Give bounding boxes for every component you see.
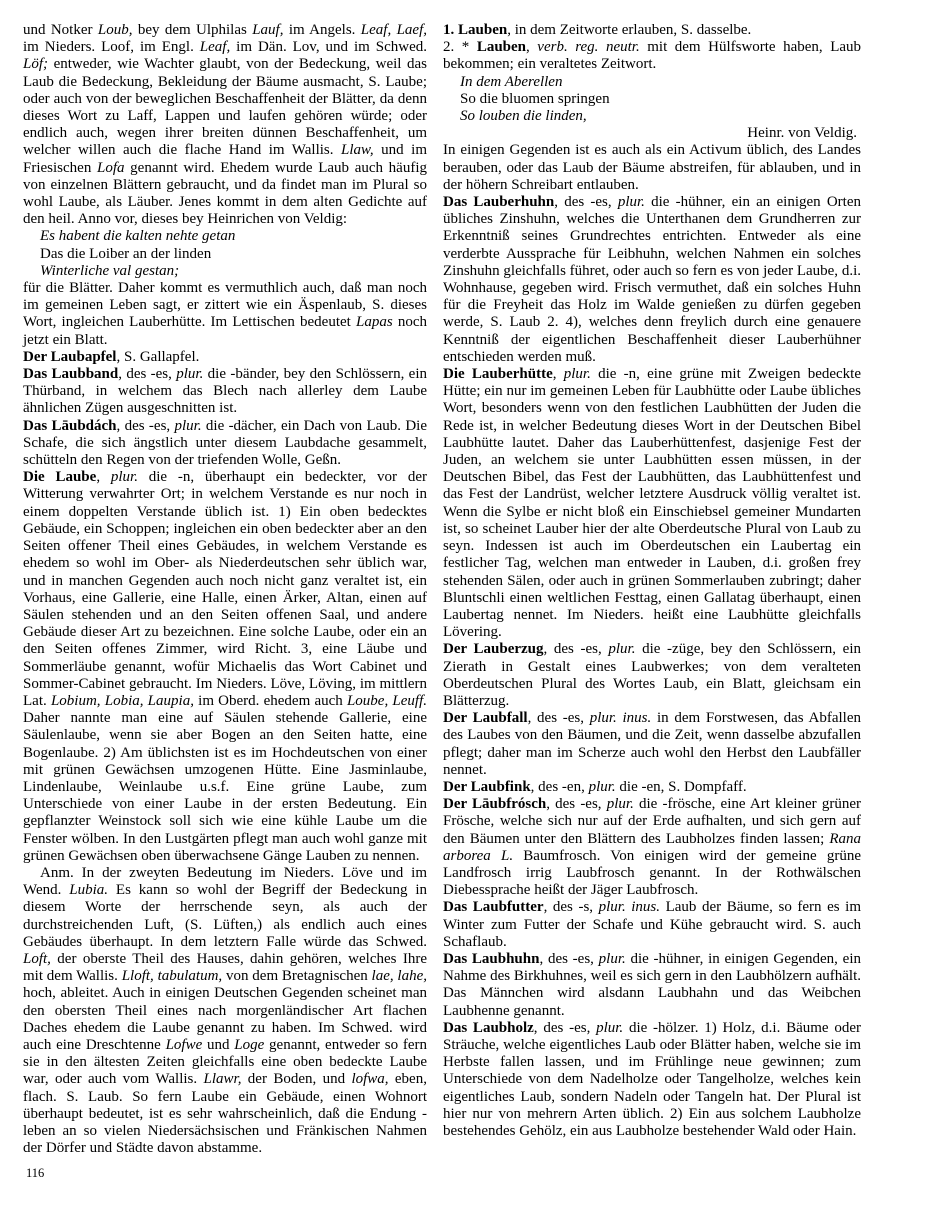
text-run: bey dem Ulphilas [132, 22, 252, 38]
italic-text: plur. [596, 1020, 623, 1036]
headword: Der Laubapfel [23, 349, 116, 365]
text-run: von dem Bretagnischen [222, 968, 371, 984]
italic-text: plur. inus. [599, 899, 660, 915]
text-run: , des -es, [546, 796, 607, 812]
text-run: , des -es, [554, 194, 618, 210]
page-number: 116 [26, 1166, 44, 1180]
text-run: , des -es, [534, 1020, 596, 1036]
text-run: 2. * [443, 39, 477, 55]
text-run: , des -es, [544, 641, 609, 657]
entry-lauberhuette: Die Lauberhütte, plur. die -n, eine grün… [443, 366, 861, 641]
entry-laubdach: Das Lāubdách, des -es, plur. die -dächer… [23, 418, 427, 470]
text-run: die -en, S. Dompfaff. [616, 779, 747, 795]
text-run: , in dem Zeitworte erlauben, S. dasselbe… [507, 22, 751, 38]
entry-lauberhuhn: Das Lauberhuhn, des -es, plur. die -hühn… [443, 194, 861, 366]
verse-attribution: Heinr. von Veldig. [443, 125, 861, 142]
entry-laube: Die Laube, plur. die -n, überhaupt ein b… [23, 469, 427, 865]
text-run: und [202, 1037, 234, 1053]
italic-text: In dem Aberellen [460, 74, 562, 90]
text-run: , [526, 39, 537, 55]
italic-text: Leaf, Laef, [361, 22, 427, 38]
paragraph-anmerkung: Anm. In der zweyten Bedeutung im Nieders… [23, 865, 427, 1157]
text-run: , des -es, [117, 418, 175, 434]
text-run: Heinr. von Veldig. [747, 125, 857, 141]
text-run: , des -s, [544, 899, 599, 915]
headword: Der Lāubfrósch [443, 796, 546, 812]
text-run: im Dän. Lov, und im Schwed. [230, 39, 427, 55]
headword: Das Laubband [23, 366, 118, 382]
italic-text: plur. [599, 951, 626, 967]
paragraph-laub-etymology: und Notker Loub, bey dem Ulphilas Lauf, … [23, 22, 427, 228]
headword: Der Laubfall [443, 710, 528, 726]
verse-line: Winterliche val gestan; [23, 263, 427, 280]
italic-text: plur. inus. [590, 710, 652, 726]
italic-text: Leaf, [200, 39, 230, 55]
italic-text: plur. [618, 194, 645, 210]
italic-text: Loube, Leuff. [347, 693, 427, 709]
headword: Der Laubfink [443, 779, 531, 795]
italic-text: plur. [589, 779, 616, 795]
entry-lauben-2: 2. * Lauben, verb. reg. neutr. mit dem H… [443, 39, 861, 73]
entry-laubfrosch: Der Lāubfrósch, des -es, plur. die -frös… [443, 796, 861, 899]
italic-text: Loub, [98, 22, 133, 38]
paragraph-activum: In einigen Gegenden ist es auch als ein … [443, 142, 861, 194]
italic-text: Loft, [23, 951, 51, 967]
italic-text: Loge [234, 1037, 264, 1053]
verse-line: Es habent die kalten nehte getan [23, 228, 427, 245]
text-run: die -hühner, ein an einigen Orten üblich… [443, 194, 861, 365]
text-run: im Angels. [283, 22, 360, 38]
text-run: die -n, überhaupt ein bedeckter, vor der… [23, 469, 427, 709]
italic-text: Lubia. [69, 882, 108, 898]
headword: Das Laubholz [443, 1020, 534, 1036]
italic-text: plur. [111, 469, 138, 485]
text-run: die -n, eine grüne mit Zweigen bedeckte … [443, 366, 861, 640]
headword: Das Lauberhuhn [443, 194, 554, 210]
italic-text: Lobium, Lobia, Laupia, [51, 693, 194, 709]
italic-text: Lofa [97, 160, 125, 176]
text-run: So die bluomen springen [460, 91, 610, 107]
text-run: der Boden, und [241, 1071, 351, 1087]
headword: 1. Lauben [443, 22, 507, 38]
text-run: , des -es, [118, 366, 176, 382]
entry-laubband: Das Laubband, des -es, plur. die -bänder… [23, 366, 427, 418]
headword: Die Laube [23, 469, 96, 485]
italic-text: Winterliche val gestan; [40, 263, 179, 279]
text-run: In einigen Gegenden ist es auch als ein … [443, 142, 861, 192]
headword: Das Laubhuhn [443, 951, 539, 967]
entry-laubfutter: Das Laubfutter, des -s, plur. inus. Laub… [443, 899, 861, 951]
italic-text: Lauf, [252, 22, 283, 38]
entry-laubhuhn: Das Laubhuhn, des -es, plur. die -hühner… [443, 951, 861, 1020]
italic-text: plur. [175, 418, 202, 434]
text-run: im Nieders. Loof, im Engl. [23, 39, 200, 55]
headword: Das Lāubdách [23, 418, 117, 434]
headword: Die Lauberhütte [443, 366, 553, 382]
text-run: , des -es, [539, 951, 598, 967]
italic-text: plur. [608, 641, 635, 657]
headword: Das Laubfutter [443, 899, 544, 915]
text-run: und Notker [23, 22, 98, 38]
left-column: und Notker Loub, bey dem Ulphilas Lauf, … [23, 22, 427, 1157]
italic-text: Lapas [356, 314, 393, 330]
italic-text: Lofwe [166, 1037, 203, 1053]
headword: Der Lauberzug [443, 641, 544, 657]
italic-text: Llawr, [204, 1071, 242, 1087]
text-run: im Oberd. ehedem auch [194, 693, 347, 709]
italic-text: Löf; [23, 56, 48, 72]
entry-laubfink: Der Laubfink, des -en, plur. die -en, S.… [443, 779, 861, 796]
dictionary-page: und Notker Loub, bey dem Ulphilas Lauf, … [0, 0, 935, 1210]
italic-text: verb. reg. neutr. [537, 39, 639, 55]
italic-text: plur. [564, 366, 591, 382]
text-run: , des -en, [531, 779, 589, 795]
entry-lauberzug: Der Lauberzug, des -es, plur. die -züge,… [443, 641, 861, 710]
entry-lauben-1: 1. Lauben, in dem Zeitworte erlauben, S.… [443, 22, 861, 39]
text-run: , S. Gallapfel. [116, 349, 199, 365]
verse-line: In dem Aberellen [443, 74, 861, 91]
italic-text: Es habent die kalten nehte getan [40, 228, 235, 244]
paragraph-blaetter: für die Blätter. Daher kommt es vermuthl… [23, 280, 427, 349]
italic-text: plur. [607, 796, 634, 812]
italic-text: lofwa, [351, 1071, 388, 1087]
verse-line: Das die Loiber an der linden [23, 246, 427, 263]
headword: Lauben [477, 39, 526, 55]
text-run: Das die Loiber an der linden [40, 246, 211, 262]
verse-line: So die bluomen springen [443, 91, 861, 108]
text-run: , [96, 469, 111, 485]
italic-text: Llaw, [341, 142, 374, 158]
entry-laubfall: Der Laubfall, des -es, plur. inus. in de… [443, 710, 861, 779]
verse-line: So louben die linden, [443, 108, 861, 125]
text-run: , [553, 366, 564, 382]
italic-text: lae, lahe, [372, 968, 427, 984]
right-column: 1. Lauben, in dem Zeitworte erlauben, S.… [443, 22, 861, 1140]
italic-text: Lloft, tabulatum, [122, 968, 223, 984]
text-run: , des -es, [528, 710, 590, 726]
text-run: Daher nannte man eine auf Säulen stehend… [23, 710, 427, 864]
entry-laubapfel: Der Laubapfel, S. Gallapfel. [23, 349, 427, 366]
italic-text: plur. [176, 366, 203, 382]
text-run: die -hölzer. 1) Holz, d.i. Bäume oder St… [443, 1020, 861, 1139]
entry-laubholz: Das Laubholz, des -es, plur. die -hölzer… [443, 1020, 861, 1140]
italic-text: So louben die linden, [460, 108, 587, 124]
